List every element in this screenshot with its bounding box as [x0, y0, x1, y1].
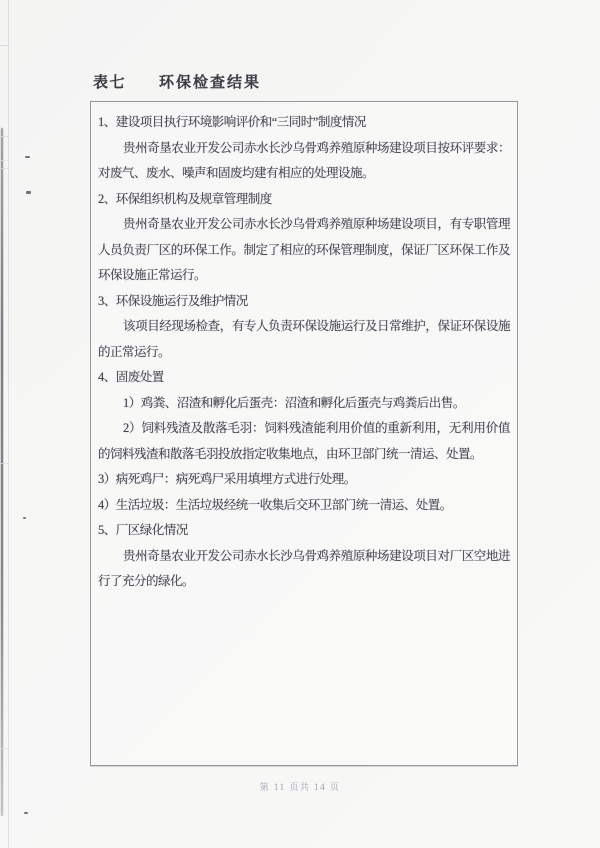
scan-color-streak	[0, 748, 9, 749]
scan-speck	[25, 156, 30, 158]
scan-color-streak	[0, 160, 9, 161]
section-2-heading: 2、环保组织机构及规章管理制度	[98, 187, 510, 213]
scan-color-streak	[0, 136, 9, 137]
section-2-paragraph: 贵州奇垦农业开发公司赤水长沙乌骨鸡养殖原种场建设项目，有专职管理人员负责厂区的环…	[98, 212, 510, 289]
scan-speck	[23, 517, 26, 519]
scan-color-streak	[0, 168, 9, 169]
doc-header: 表七环保检查结果	[93, 71, 261, 92]
section-3-paragraph: 该项目经现场检查，有专人负责环保设施运行及日常维护，保证环保设施的正常运行。	[98, 314, 510, 365]
section-1-heading: 1、建设项目执行环境影响评价和“三同时”制度情况	[98, 110, 510, 136]
section-4-item-1: 1）鸡粪、沼渣和孵化后蛋壳：沼渣和孵化后蛋壳与鸡粪后出售。	[98, 391, 510, 417]
scan-color-streak	[0, 463, 9, 464]
inspection-results-table: 1、建设项目执行环境影响评价和“三同时”制度情况 贵州奇垦农业开发公司赤水长沙乌…	[90, 101, 518, 766]
scanned-document-page: { "document": { "table_label": "表七", "ti…	[0, 0, 600, 848]
scan-edge-line	[1, 128, 3, 816]
paper-edge-line	[8, 0, 9, 848]
page-title: 环保检查结果	[159, 75, 261, 91]
section-5-heading: 5、厂区绿化情况	[98, 518, 510, 544]
section-5-paragraph: 贵州奇垦农业开发公司赤水长沙乌骨鸡养殖原种场建设项目对厂区空地进行了充分的绿化。	[98, 544, 510, 595]
section-1-paragraph: 贵州奇垦农业开发公司赤水长沙乌骨鸡养殖原种场建设项目按环评要求：对废气、废水、噪…	[98, 136, 510, 187]
section-4-heading: 4、固废处置	[98, 365, 510, 391]
scan-speck	[26, 191, 31, 194]
table-cell-content: 1、建设项目执行环境影响评价和“三同时”制度情况 贵州奇垦农业开发公司赤水长沙乌…	[98, 110, 510, 595]
section-4-item-3: 3）病死鸡尸：病死鸡尸采用填埋方式进行处理。	[98, 467, 510, 493]
section-3-heading: 3、环保设施运行及维护情况	[98, 289, 510, 315]
section-4-item-2: 2）饲料残渣及散落毛羽：饲料残渣能利用价值的重新利用，无利用价值的饲料残渣和散落…	[98, 416, 510, 467]
table-label: 表七	[93, 75, 126, 91]
scan-speck	[24, 812, 28, 814]
scan-color-streak	[0, 45, 9, 46]
page-number-footer: 第 11 页共 14 页	[0, 780, 600, 793]
section-4-item-4: 4）生活垃圾：生活垃圾经统一收集后交环卫部门统一清运、处置。	[98, 493, 510, 519]
